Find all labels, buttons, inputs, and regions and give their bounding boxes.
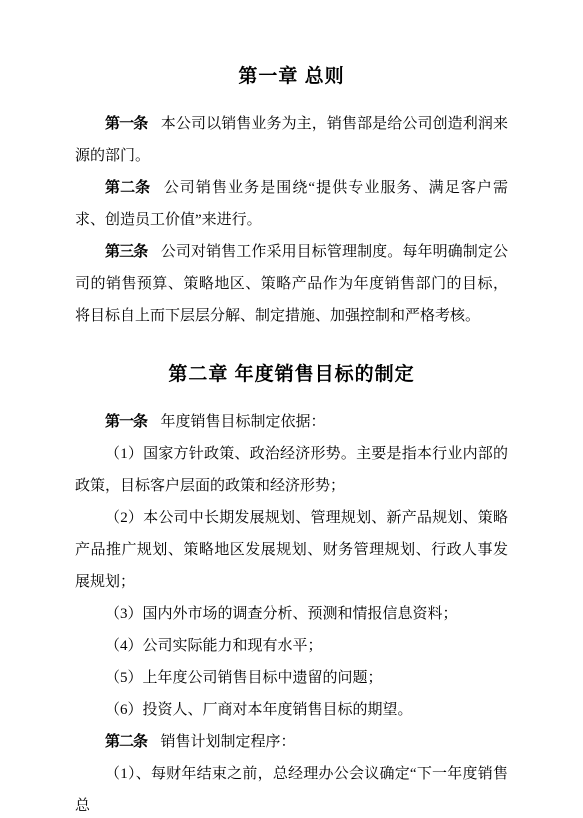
article-label: 第一条	[105, 115, 147, 132]
chapter-2: 第二章 年度销售目标的制定 第一条年度销售目标制定依据： （1）国家方针政策、政…	[75, 360, 508, 818]
article-label: 第三条	[105, 243, 147, 260]
article-label: 第一条	[105, 413, 147, 430]
chapter-1: 第一章 总则 第一条本公司以销售业务为主，销售部是给公司创造利润来源的部门。 第…	[75, 62, 508, 332]
paragraph-text: （6）投资人、厂商对本年度销售目标的期望。	[105, 702, 413, 718]
paragraph: （1）国家方针政策、政治经济形势。主要是指本行业内部的政策，目标客户层面的政策和…	[75, 438, 508, 502]
paragraph: 第一条年度销售目标制定依据：	[75, 406, 508, 438]
paragraph-text: 年度销售目标制定依据：	[161, 414, 326, 430]
paragraph: （3）国内外市场的调查分析、预测和情报信息资料；	[75, 598, 508, 630]
paragraph-text: （3）国内外市场的调查分析、预测和情报信息资料；	[105, 606, 458, 622]
paragraph-text: （1）国家方针政策、政治经济形势。主要是指本行业内部的政策，目标客户层面的政策和…	[75, 446, 508, 494]
paragraph-text: （5）上年度公司销售目标中遗留的问题；	[105, 670, 383, 686]
paragraph-text: （4）公司实际能力和现有水平；	[105, 638, 323, 654]
paragraph-text: 销售计划制定程序：	[161, 734, 296, 750]
document-page: 第一章 总则 第一条本公司以销售业务为主，销售部是给公司创造利润来源的部门。 第…	[0, 0, 583, 818]
chapter-1-title: 第一章 总则	[75, 62, 508, 92]
paragraph: 第一条本公司以销售业务为主，销售部是给公司创造利润来源的部门。	[75, 108, 508, 172]
paragraph: （1）、每财年结束之前，总经理办公会议确定“下一年度销售总	[75, 758, 508, 818]
paragraph: （5）上年度公司销售目标中遗留的问题；	[75, 662, 508, 694]
paragraph: 第二条销售计划制定程序：	[75, 726, 508, 758]
paragraph: 第三条公司对销售工作采用目标管理制度。每年明确制定公司的销售预算、策略地区、策略…	[75, 236, 508, 332]
paragraph: 第二条公司销售业务是围绕“提供专业服务、满足客户需求、创造员工价值”来进行。	[75, 172, 508, 236]
paragraph-text: （1）、每财年结束之前，总经理办公会议确定“下一年度销售总	[75, 766, 508, 814]
paragraph: （4）公司实际能力和现有水平；	[75, 630, 508, 662]
paragraph-text: （2）本公司中长期发展规划、管理规划、新产品规划、策略产品推广规划、策略地区发展…	[75, 510, 508, 590]
paragraph: （6）投资人、厂商对本年度销售目标的期望。	[75, 694, 508, 726]
article-label: 第二条	[105, 179, 150, 196]
chapter-2-title: 第二章 年度销售目标的制定	[75, 360, 508, 390]
paragraph: （2）本公司中长期发展规划、管理规划、新产品规划、策略产品推广规划、策略地区发展…	[75, 502, 508, 598]
article-label: 第二条	[105, 733, 147, 750]
